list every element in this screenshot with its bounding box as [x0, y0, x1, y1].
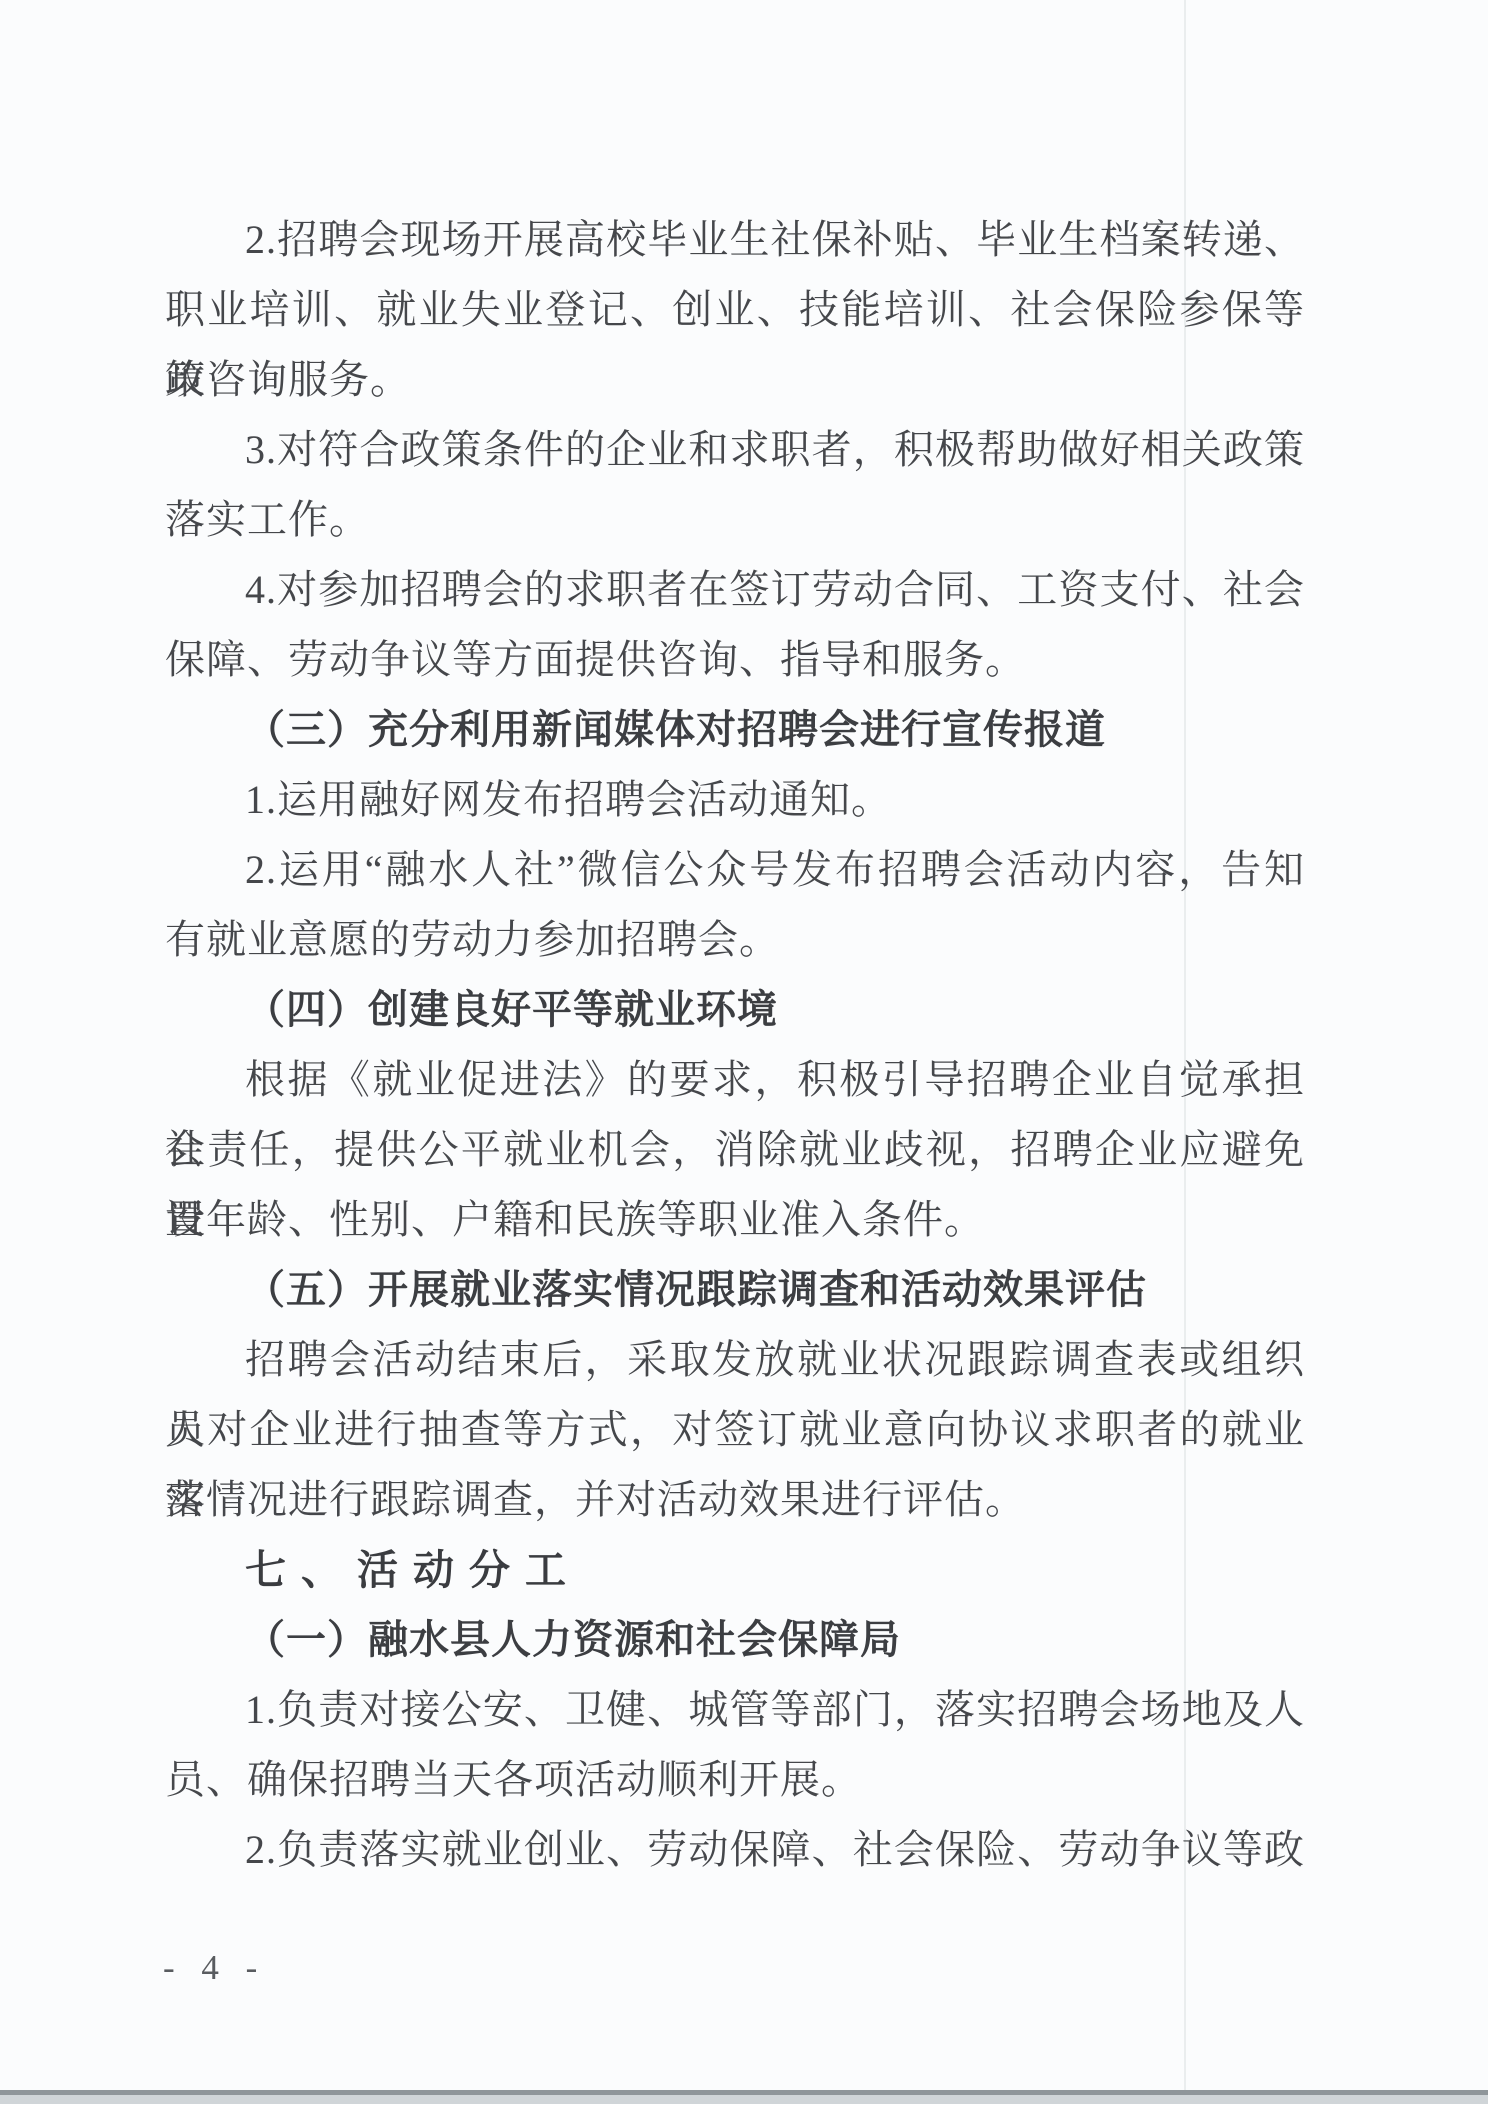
subsection-heading: （五）开展就业落实情况跟踪调查和活动效果评估 — [165, 1255, 1305, 1325]
text-line: 4.对参加招聘会的求职者在签订劳动合同、工资支付、社会 — [165, 555, 1305, 625]
scanned-document-page: 2.招聘会现场开展高校毕业生社保补贴、毕业生档案转递、 职业培训、就业失业登记、… — [0, 0, 1488, 2104]
text-line: 保障、劳动争议等方面提供咨询、指导和服务。 — [165, 625, 1305, 695]
scanner-edge-strip — [0, 2090, 1488, 2104]
text-line: 职业培训、就业失业登记、创业、技能培训、社会保险参保等政 — [165, 275, 1305, 345]
text-line: 有就业意愿的劳动力参加招聘会。 — [165, 905, 1305, 975]
text-line: 招聘会活动结束后，采取发放就业状况跟踪调查表或组织人 — [165, 1325, 1305, 1395]
text-line: 落实工作。 — [165, 485, 1305, 555]
text-line: 置年龄、性别、户籍和民族等职业准入条件。 — [165, 1185, 1305, 1255]
text-line: 2.运用“融水人社”微信公众号发布招聘会活动内容，告知 — [165, 835, 1305, 905]
text-line: 策咨询服务。 — [165, 345, 1305, 415]
text-line: 员、确保招聘当天各项活动顺利开展。 — [165, 1745, 1305, 1815]
subsection-heading: （一）融水县人力资源和社会保障局 — [165, 1605, 1305, 1675]
text-line: 会责任，提供公平就业机会，消除就业歧视，招聘企业应避免设 — [165, 1115, 1305, 1185]
subsection-heading: （三）充分利用新闻媒体对招聘会进行宣传报道 — [165, 695, 1305, 765]
text-line: 3.对符合政策条件的企业和求职者，积极帮助做好相关政策 — [165, 415, 1305, 485]
page-number: - 4 - — [163, 1948, 266, 1988]
text-line: 根据《就业促进法》的要求，积极引导招聘企业自觉承担社 — [165, 1045, 1305, 1115]
text-line: 实情况进行跟踪调查，并对活动效果进行评估。 — [165, 1465, 1305, 1535]
section-heading: 七、活动分工 — [165, 1535, 1305, 1605]
scanner-edge-line — [0, 2090, 1488, 2095]
text-line: 1.运用融好网发布招聘会活动通知。 — [165, 765, 1305, 835]
text-line: 员对企业进行抽查等方式，对签订就业意向协议求职者的就业落 — [165, 1395, 1305, 1465]
text-line: 1.负责对接公安、卫健、城管等部门，落实招聘会场地及人 — [165, 1675, 1305, 1745]
document-body: 2.招聘会现场开展高校毕业生社保补贴、毕业生档案转递、 职业培训、就业失业登记、… — [165, 205, 1305, 1885]
text-line: 2.负责落实就业创业、劳动保障、社会保险、劳动争议等政 — [165, 1815, 1305, 1885]
text-line: 2.招聘会现场开展高校毕业生社保补贴、毕业生档案转递、 — [165, 205, 1305, 275]
subsection-heading: （四）创建良好平等就业环境 — [165, 975, 1305, 1045]
